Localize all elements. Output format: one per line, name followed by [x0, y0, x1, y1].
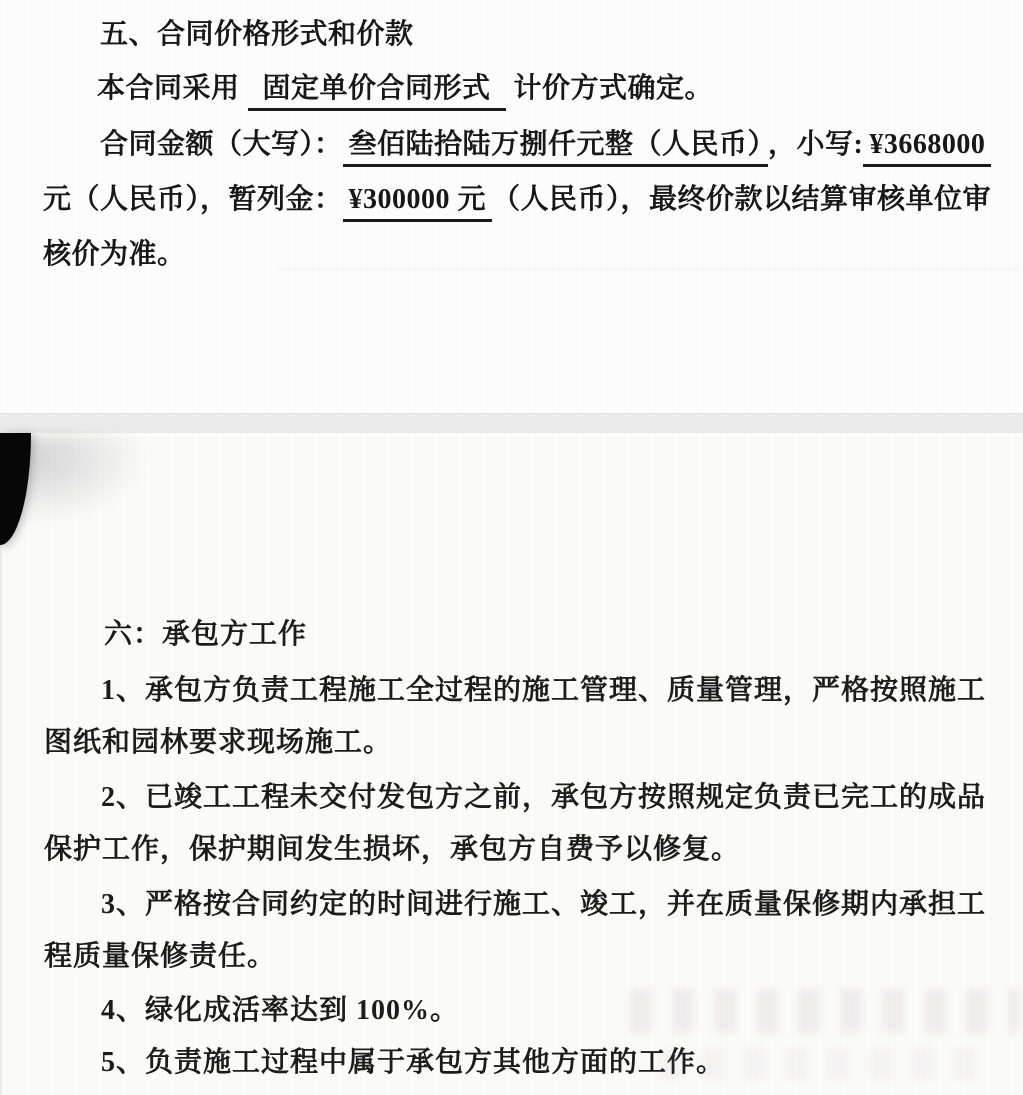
amount-lowercase-label: ，小写: — [768, 129, 863, 160]
amount-capital-underlined: 叁佰陆拾陆万捌仟元整（人民币） — [343, 129, 769, 167]
bleedthrough-artifact-1 — [630, 989, 1020, 1033]
contract-amount-line: 合同金额（大写）：叁佰陆拾陆万捌仟元整（人民币），小写:¥3668000 — [100, 128, 991, 162]
amount-label: 合同金额（大写）： — [100, 129, 343, 160]
pricing-form-prefix: 本合同采用 — [97, 73, 240, 104]
contractor-work-item-3-continuation: 程质量保修责任。 — [44, 940, 276, 974]
final-price-continuation: 核价为准。 — [43, 238, 186, 272]
contract-page-2: 六：承包方工作 1、承包方负责工程施工全过程的施工管理、质量管理，严格按照施工 … — [0, 433, 1023, 1095]
amount-continuation-line: 元（人民币），暂列金：¥300000 元（人民币），最终价款以结算审核单位审 — [43, 183, 991, 217]
section-five-heading: 五、合同价格形式和价款 — [100, 18, 414, 52]
contractor-work-item-5: 5、负责施工过程中属于承包方其他方面的工作。 — [101, 1046, 725, 1080]
provisional-sum-underlined: ¥300000 元 — [343, 184, 493, 222]
contractor-work-item-2: 2、已竣工工程未交付发包方之前，承包方按照规定负责已完工的成品 — [101, 781, 986, 815]
page-corner-scan-edge — [0, 433, 31, 545]
contractor-work-item-4: 4、绿化成活率达到 100%。 — [101, 994, 459, 1028]
final-price-text: （人民币），最终价款以结算审核单位审 — [492, 184, 991, 215]
contractor-work-item-1: 1、承包方负责工程施工全过程的施工管理、质量管理，严格按照施工 — [101, 674, 986, 708]
contractor-work-item-1-continuation: 图纸和园林要求现场施工。 — [44, 726, 392, 760]
contractor-work-item-2-continuation: 保护工作，保护期间发生损坏，承包方自费予以修复。 — [44, 833, 740, 867]
pricing-form-line: 本合同采用固定单价合同形式计价方式确定。 — [97, 72, 713, 106]
contract-page-1: 五、合同价格形式和价款 本合同采用固定单价合同形式计价方式确定。 合同金额（大写… — [0, 0, 1023, 413]
section-six-heading: 六：承包方工作 — [104, 618, 307, 652]
pricing-form-value-underlined: 固定单价合同形式 — [248, 73, 506, 111]
scan-streak — [280, 268, 1020, 270]
left-edge-shadow — [0, 433, 2, 1095]
contractor-work-item-3: 3、严格按合同约定的时间进行施工、竣工，并在质量保修期内承担工 — [101, 888, 986, 922]
pricing-form-suffix: 计价方式确定。 — [514, 73, 714, 104]
scan-divider-band — [0, 413, 1023, 434]
amount-figure-underlined: ¥3668000 — [863, 129, 991, 167]
currency-provisional-label: 元（人民币），暂列金： — [43, 184, 343, 215]
